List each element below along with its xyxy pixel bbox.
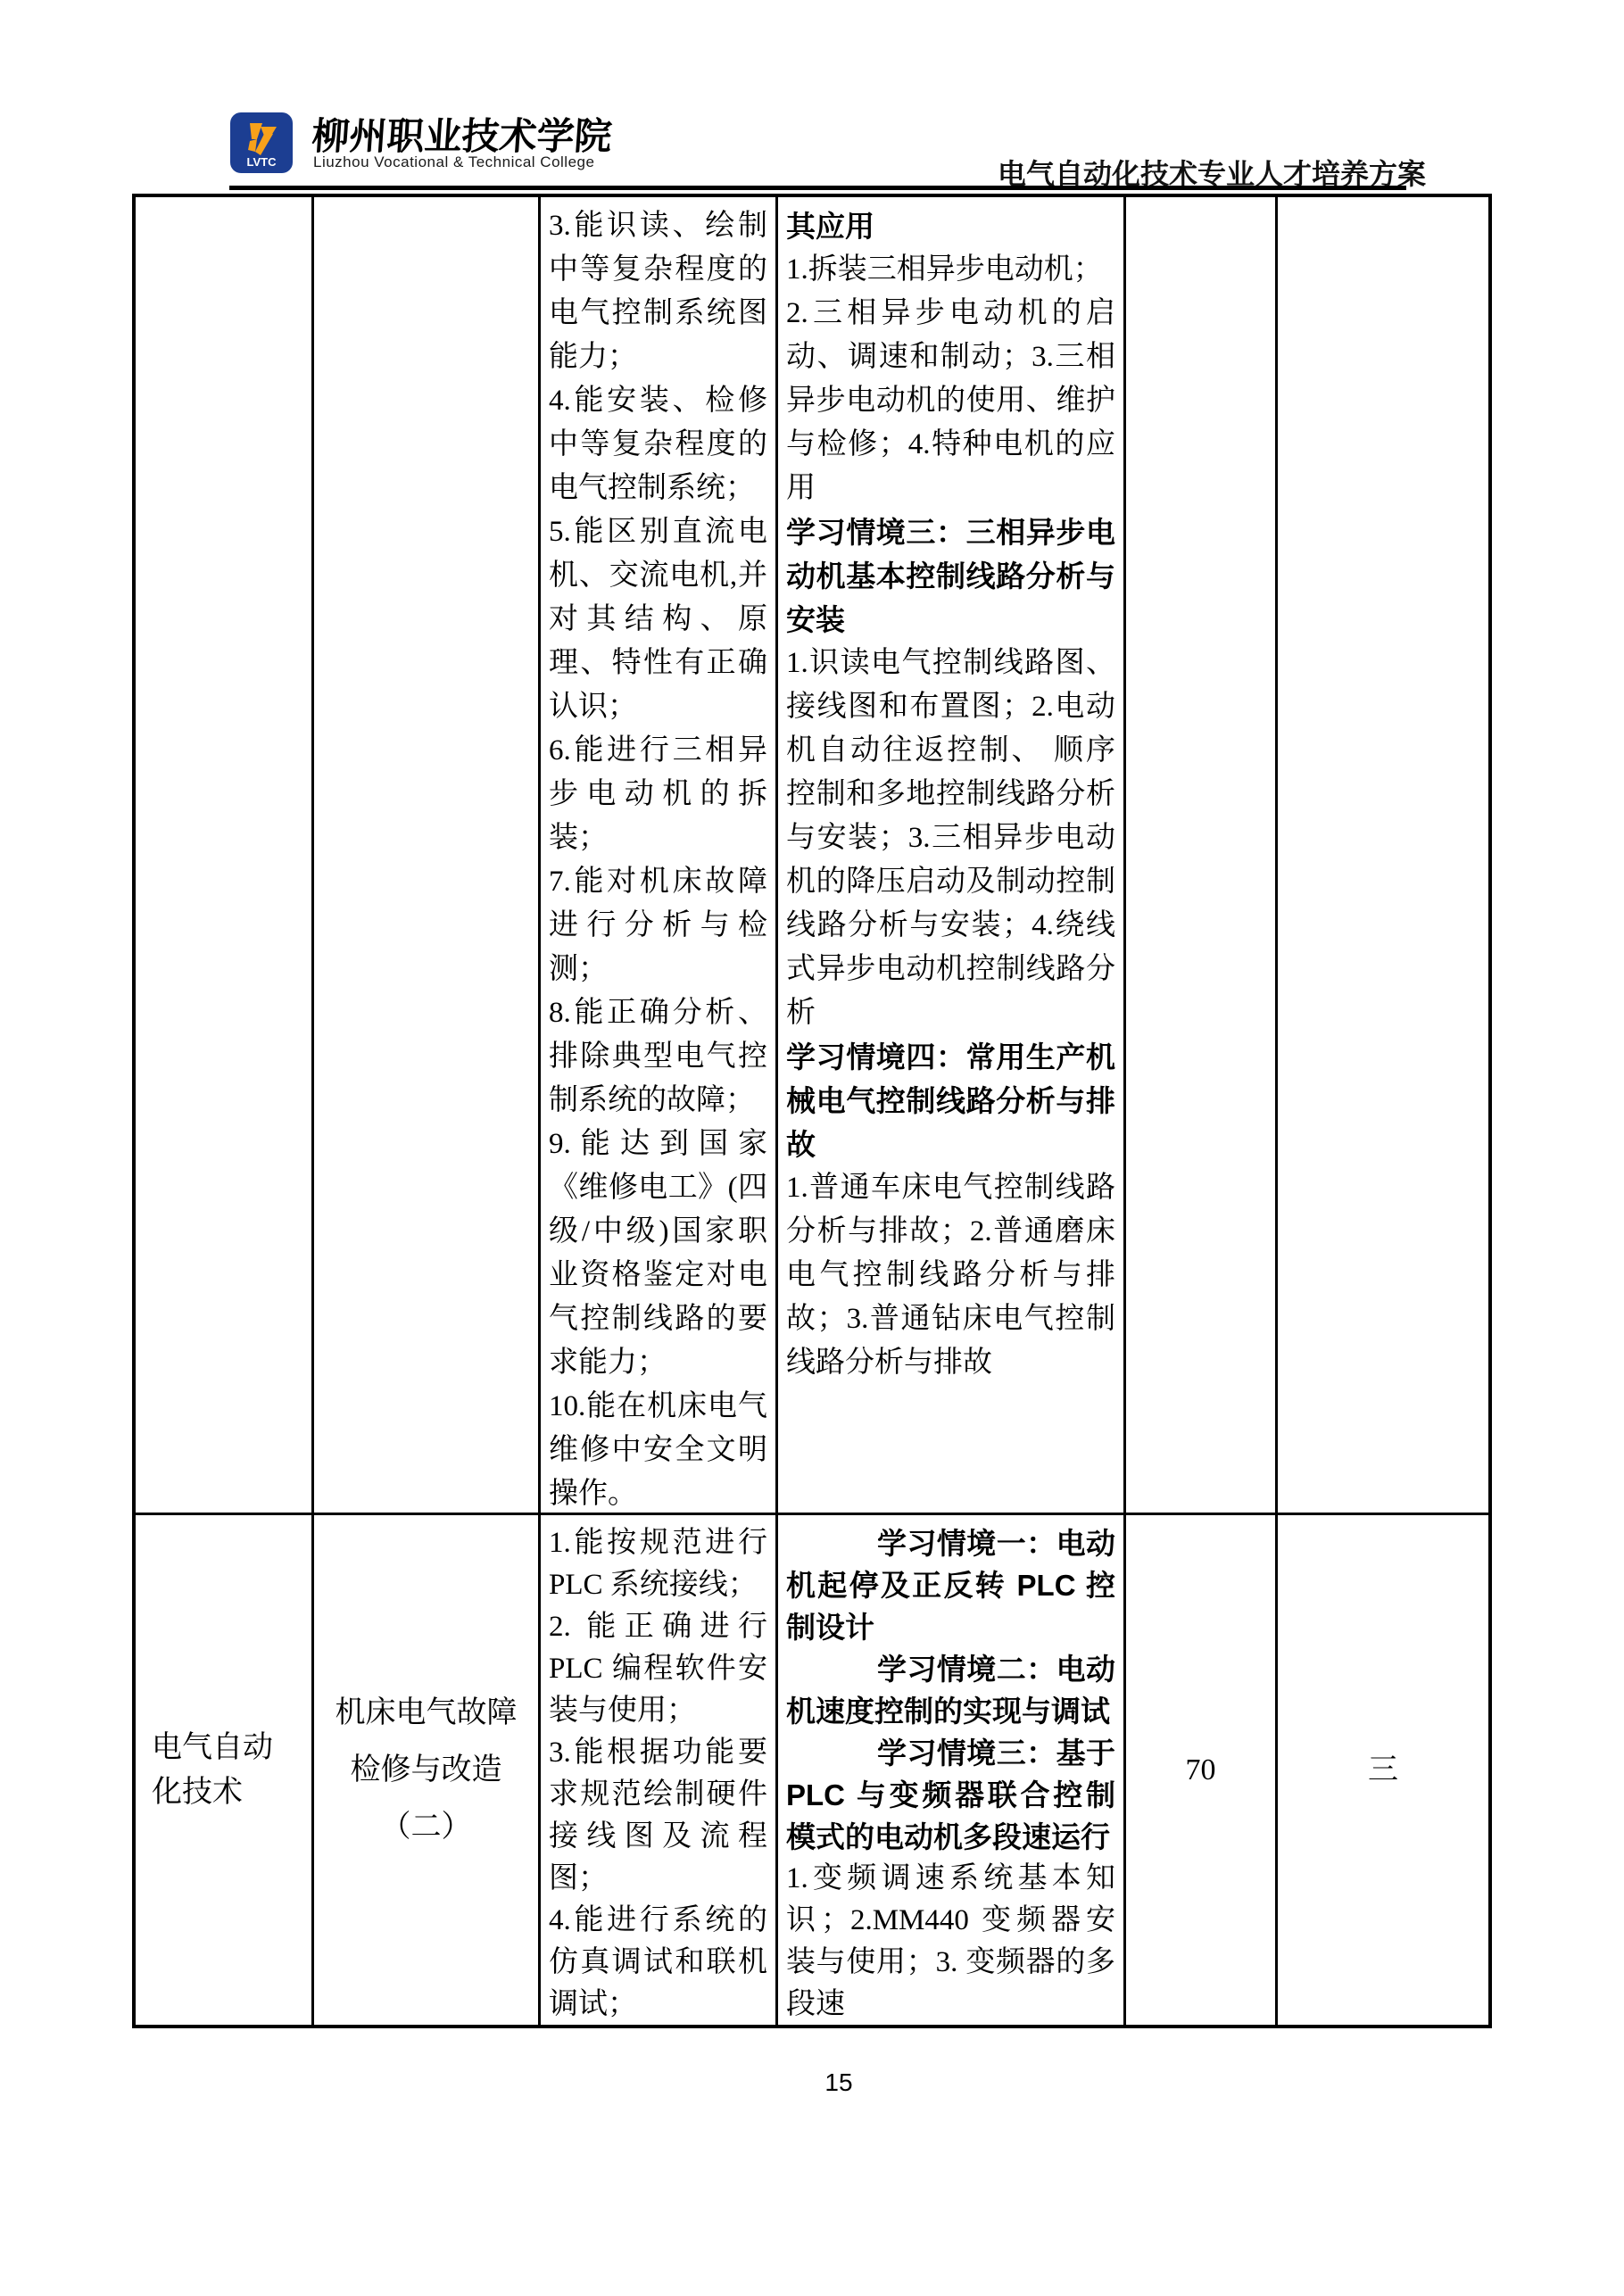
cell-course-name-row2: 机床电气故障检修与改造（二）	[314, 1515, 541, 2025]
paragraph: 1.普通车床电气控制线路分析与排故；2.普通磨床电气控制线路分析与排故；3.普通…	[786, 1166, 1115, 1385]
paragraph: 学习情境一：电动机起停及正反转 PLC 控制设计	[786, 1522, 1115, 1648]
semester-value: 三	[1368, 1748, 1398, 1792]
document-page: LVTC 柳州职业技术学院 Liuzhou Vocational & Techn…	[0, 0, 1624, 2296]
cell-course-name-row1	[314, 197, 541, 1515]
paragraph: 10.能在机床电气维修中安全文明操作。	[549, 1385, 767, 1515]
paragraph: 检修与改造	[314, 1742, 538, 1799]
cell-semester-row2: 三	[1278, 1515, 1488, 2025]
cell-hours-row2: 70	[1126, 1515, 1278, 2025]
paragraph: 1.识读电气控制线路图、接线图和布置图；2.电动机自动往返控制、 顺序控制和多地…	[786, 642, 1115, 1035]
paragraph: 其应用	[786, 204, 1115, 248]
page-number: 15	[767, 2068, 910, 2097]
school-name-cn: 柳州职业技术学院	[311, 107, 609, 155]
paragraph: 机床电气故障	[314, 1685, 538, 1742]
paragraph: 6.能进行三相异步电动机的拆装；	[549, 729, 767, 860]
paragraph: 学习情境三：三相异步电动机基本控制线路分析与安装	[786, 510, 1115, 642]
paragraph: 5.能区别直流电机、交流电机,并对其结构、原理、特性有正确认识；	[549, 510, 767, 729]
paragraph: 2. 能正确进行 PLC 编程软件安装与使用；	[549, 1606, 767, 1732]
hours-value: 70	[1186, 1748, 1216, 1792]
paragraph: 学习情境二：电动机速度控制的实现与调试	[786, 1648, 1115, 1732]
cell-abilities-row2: 1.能按规范进行PLC 系统接线；2. 能正确进行 PLC 编程软件安装与使用；…	[541, 1515, 778, 2025]
curriculum-table: 3.能识读、绘制中等复杂程度的电气控制系统图能力；4.能安装、检修中等复杂程度的…	[132, 194, 1492, 2028]
school-name-en: Liuzhou Vocational & Technical College	[313, 153, 634, 171]
cell-course-group-row1	[136, 197, 314, 1515]
paragraph: （二）	[314, 1799, 538, 1856]
cell-contents-row1: 其应用1.拆装三相异步电动机；2.三相异步电动机的启动、调速和制动；3.三相异步…	[778, 197, 1126, 1515]
paragraph: 学习情境四：常用生产机械电气控制线路分析与排故	[786, 1035, 1115, 1166]
paragraph: 3.能根据功能要求规范绘制硬件接线图及流程图；	[549, 1732, 767, 1900]
paragraph: 1.能按规范进行PLC 系统接线；	[549, 1522, 767, 1606]
cell-course-group-row2: 电气自动化技术	[136, 1515, 314, 2025]
cell-abilities-row1: 3.能识读、绘制中等复杂程度的电气控制系统图能力；4.能安装、检修中等复杂程度的…	[541, 197, 778, 1515]
paragraph: 学习情境三：基于 PLC 与变频器联合控制模式的电动机多段速运行	[786, 1732, 1115, 1858]
cell-hours-row1	[1126, 197, 1278, 1515]
paragraph: 7.能对机床故障进行分析与检测；	[549, 860, 767, 991]
cell-contents-row2: 学习情境一：电动机起停及正反转 PLC 控制设计学习情境二：电动机速度控制的实现…	[778, 1515, 1126, 2025]
paragraph: 9.能达到国家《维修电工》(四级/中级)国家职业资格鉴定对电气控制线路的要求能力…	[549, 1123, 767, 1385]
paragraph: 1.变频调速系统基本知识；2.MM440 变频器安装与使用；3. 变频器的多段速	[786, 1858, 1115, 2025]
course-group-label: 电气自动化技术	[152, 1726, 299, 1815]
paragraph: 4.能安装、检修中等复杂程度的电气控制系统；	[549, 379, 767, 510]
header-rule	[229, 186, 1406, 190]
cell-semester-row1	[1278, 197, 1488, 1515]
paragraph: 4.能进行系统的仿真调试和联机调试；	[549, 1900, 767, 2025]
paragraph: 8.能正确分析、排除典型电气控制系统的故障；	[549, 991, 767, 1123]
college-logo-icon: LVTC	[230, 112, 293, 173]
paragraph: 3.能识读、绘制中等复杂程度的电气控制系统图能力；	[549, 204, 767, 379]
logo-lvtc-text: LVTC	[247, 155, 278, 169]
paragraph: 1.拆装三相异步电动机；	[786, 248, 1115, 292]
paragraph: 2.三相异步电动机的启动、调速和制动；3.三相异步电动机的使用、维护与检修；4.…	[786, 292, 1115, 510]
